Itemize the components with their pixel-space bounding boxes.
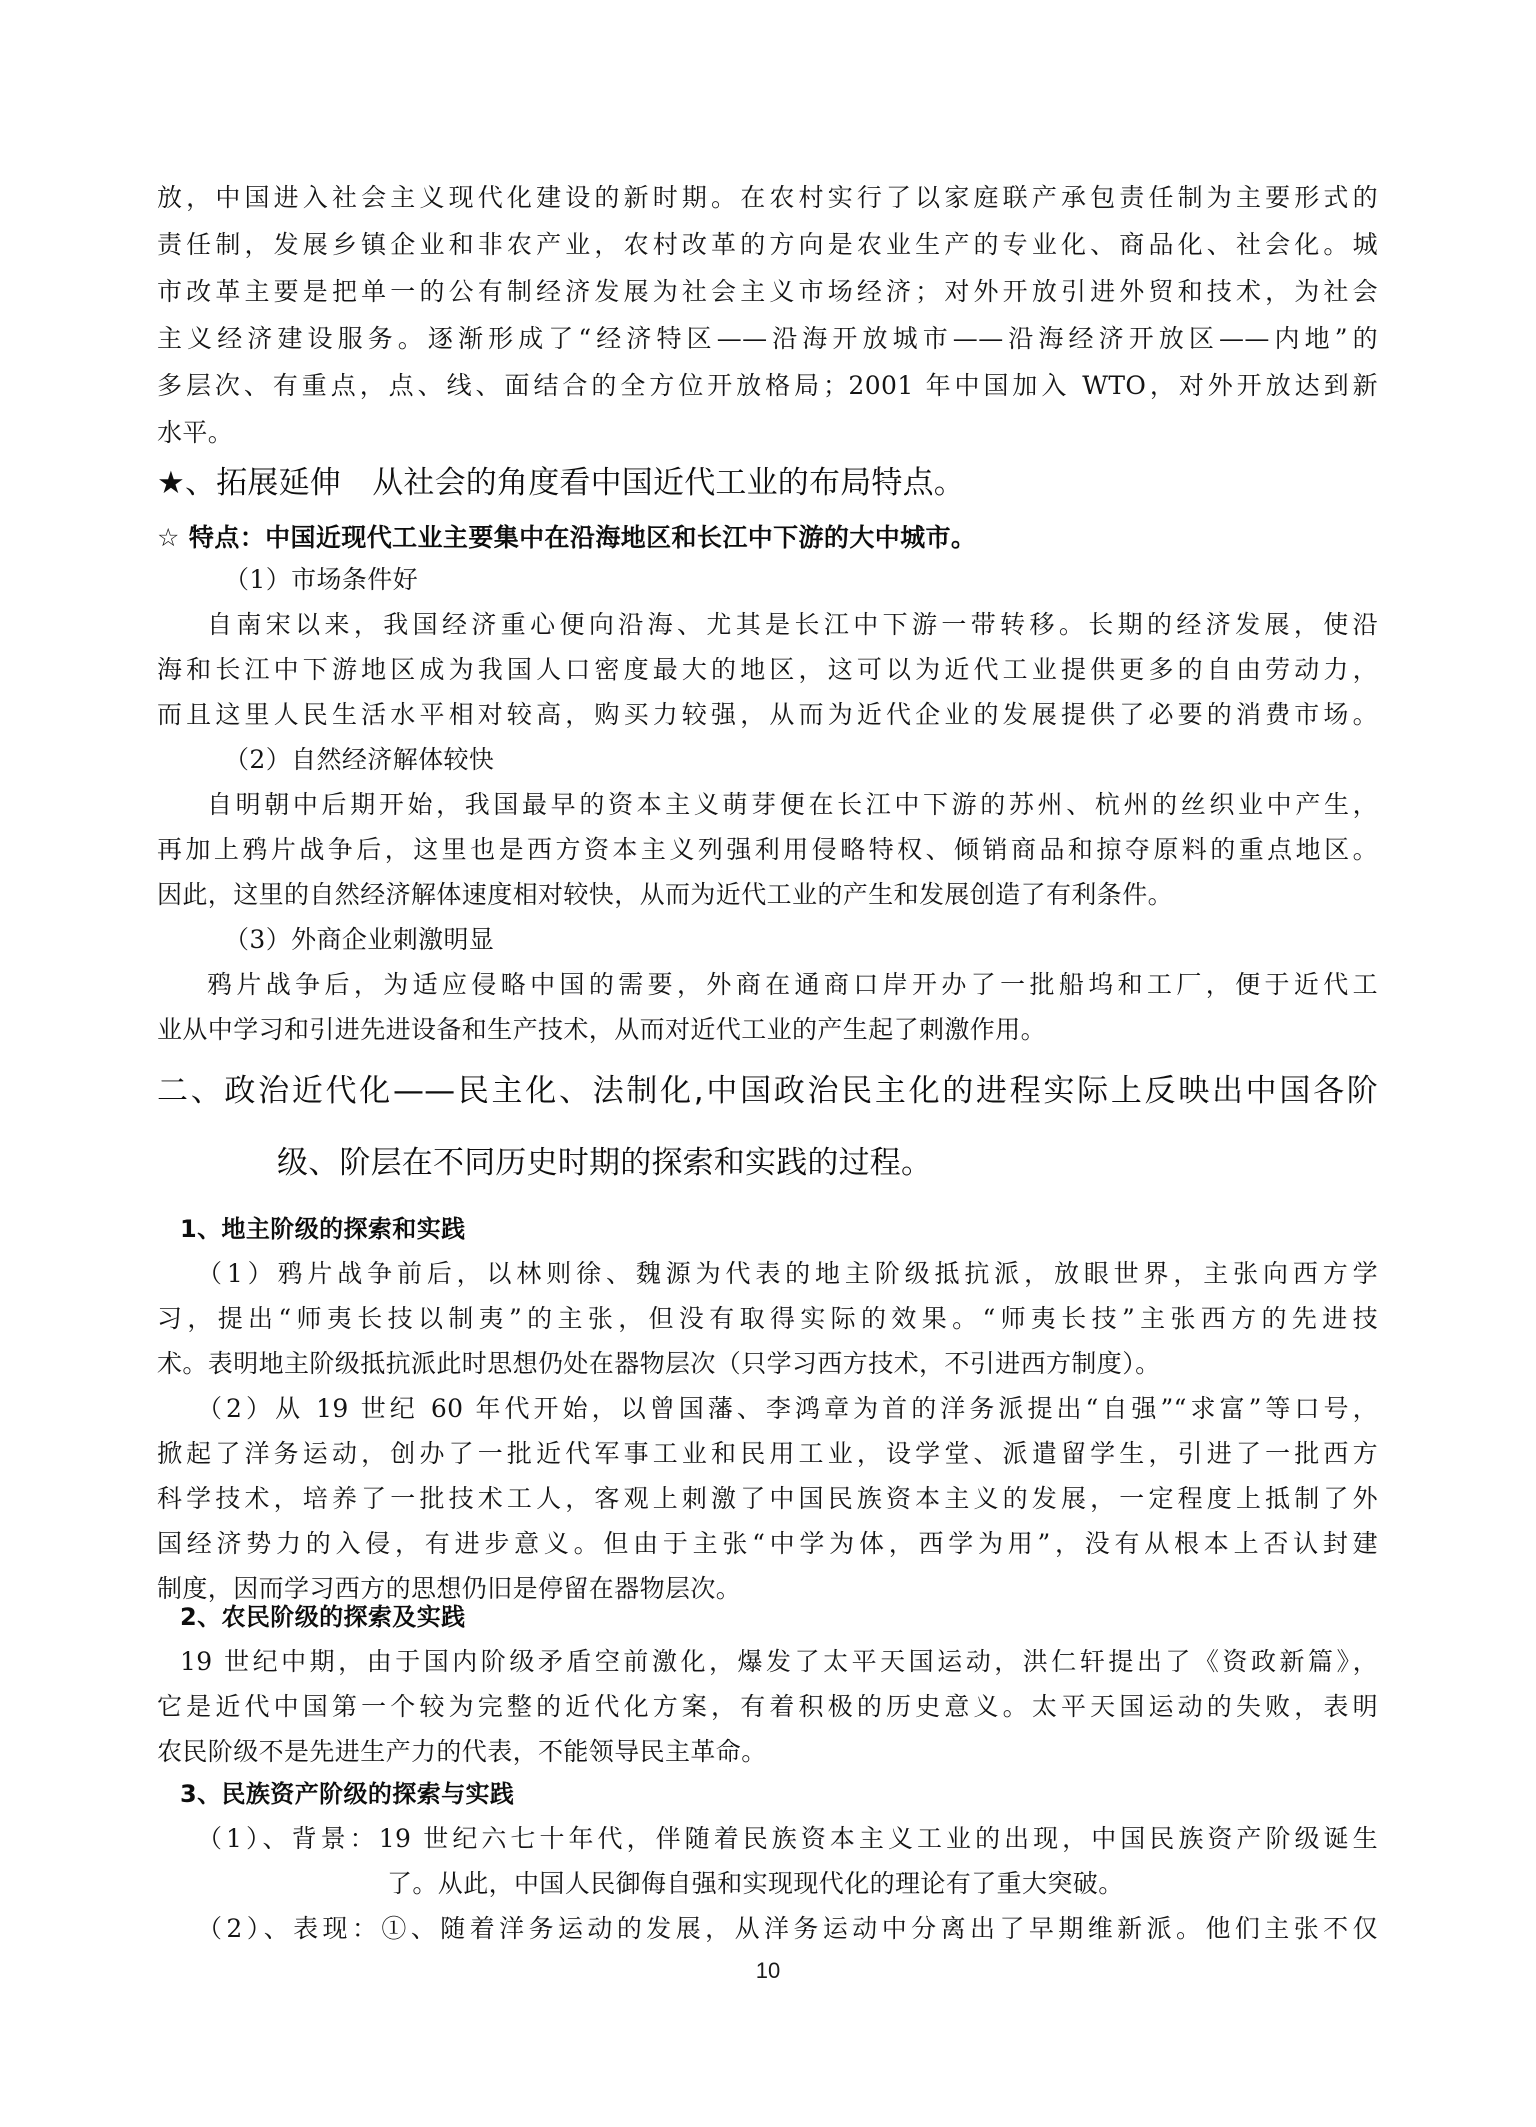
page-number: 10 bbox=[0, 1958, 1536, 1984]
text-line: 业从中学习和引进先进设备和生产技术，从而对近代工业的产生起了刺激作用。 bbox=[157, 1013, 1378, 1047]
item-label: （3）外商企业刺激明显 bbox=[224, 923, 1378, 957]
text-line: 主义经济建设服务。逐渐形成了“经济特区——沿海开放城市——沿海经济开放区——内地… bbox=[157, 322, 1378, 356]
text-line: 海和长江中下游地区成为我国人口密度最大的地区，这可以为近代工业提供更多的自由劳动… bbox=[157, 653, 1378, 687]
text-line: 术。表明地主阶级抵抗派此时思想仍处在器物层次（只学习西方技术，不引进西方制度）。 bbox=[157, 1347, 1378, 1381]
text-line: 19 世纪中期，由于国内阶级矛盾空前激化，爆发了太平天国运动，洪仁轩提出了《资政… bbox=[180, 1645, 1378, 1679]
text-line: 鸦片战争后，为适应侵略中国的需要，外商在通商口岸开办了一批船坞和工厂，便于近代工 bbox=[207, 968, 1378, 1002]
text-line: 它是近代中国第一个较为完整的近代化方案，有着积极的历史意义。太平天国运动的失败，… bbox=[157, 1690, 1378, 1724]
text-line: 农民阶级不是先进生产力的代表，不能领导民主革命。 bbox=[157, 1735, 1378, 1769]
text-line: 多层次、有重点，点、线、面结合的全方位开放格局；2001 年中国加入 WTO，对… bbox=[157, 369, 1378, 403]
text-line: 责任制，发展乡镇企业和非农产业，农村改革的方向是农业生产的专业化、商品化、社会化… bbox=[157, 228, 1378, 262]
text-line: 水平。 bbox=[157, 416, 1378, 450]
text-line: 自南宋以来，我国经济重心便向沿海、尤其是长江中下游一带转移。长期的经济发展，使沿 bbox=[207, 608, 1378, 642]
item-label: （2）自然经济解体较快 bbox=[224, 743, 1378, 777]
text-line: 掀起了洋务运动，创办了一批近代军事工业和民用工业，设学堂、派遣留学生，引进了一批… bbox=[157, 1437, 1378, 1471]
subsection-heading: 1、地主阶级的探索和实践 bbox=[180, 1212, 1401, 1246]
document-page: 放，中国进入社会主义现代化建设的新时期。在农村实行了以家庭联产承包责任制为主要形… bbox=[0, 0, 1536, 2127]
text-line: （2）、表现：①、随着洋务运动的发展，从洋务运动中分离出了早期维新派。他们主张不… bbox=[197, 1912, 1378, 1946]
text-line: 自明朝中后期开始，我国最早的资本主义萌芽便在长江中下游的苏州、杭州的丝织业中产生… bbox=[207, 788, 1378, 822]
item-label: （1）市场条件好 bbox=[224, 563, 1378, 597]
subsection-heading: 3、民族资产阶级的探索与实践 bbox=[180, 1777, 1401, 1811]
text-line: （1）、背景：19 世纪六七十年代，伴随着民族资本主义工业的出现，中国民族资产阶… bbox=[197, 1822, 1378, 1856]
subsection-heading: 2、农民阶级的探索及实践 bbox=[180, 1600, 1401, 1634]
text-line: 了。从此，中国人民御侮自强和实现现代化的理论有了重大突破。 bbox=[387, 1867, 1124, 1901]
text-line: 科学技术，培养了一批技术工人，客观上刺激了中国民族资本主义的发展，一定程度上抵制… bbox=[157, 1482, 1378, 1516]
text-line: 国经济势力的入侵，有进步意义。但由于主张“中学为体，西学为用”，没有从根本上否认… bbox=[157, 1527, 1378, 1561]
text-line: 再加上鸦片战争后，这里也是西方资本主义列强利用侵略特权、倾销商品和掠夺原料的重点… bbox=[157, 833, 1378, 867]
political-section-title: 二、政治近代化——民主化、法制化,中国政治民主化的进程实际上反映出中国各阶 bbox=[157, 1071, 1378, 1111]
text-line: 而且这里人民生活水平相对较高，购买力较强，从而为近代企业的发展提供了必要的消费市… bbox=[157, 698, 1378, 732]
text-line: 因此，这里的自然经济解体速度相对较快，从而为近代工业的产生和发展创造了有利条件。 bbox=[157, 878, 1378, 912]
text-line: （1）鸦片战争前后，以林则徐、魏源为代表的地主阶级抵抗派，放眼世界，主张向西方学 bbox=[197, 1257, 1378, 1291]
text-line: 放，中国进入社会主义现代化建设的新时期。在农村实行了以家庭联产承包责任制为主要形… bbox=[157, 181, 1378, 215]
extension-section-title: ★、拓展延伸 从社会的角度看中国近代工业的布局特点。 bbox=[157, 463, 1378, 503]
text-line: （2）从 19 世纪 60 年代开始，以曾国藩、李鸿章为首的洋务派提出“自强”“… bbox=[197, 1392, 1378, 1426]
text-line: 市改革主要是把单一的公有制经济发展为社会主义市场经济；对外开放引进外贸和技术，为… bbox=[157, 275, 1378, 309]
political-section-title-cont: 级、阶层在不同历史时期的探索和实践的过程。 bbox=[277, 1143, 932, 1183]
text-line: 习，提出“师夷长技以制夷”的主张，但没有取得实际的效果。“师夷长技”主张西方的先… bbox=[157, 1302, 1378, 1336]
feature-heading: ☆ 特点：中国近现代工业主要集中在沿海地区和长江中下游的大中城市。 bbox=[157, 521, 1378, 555]
